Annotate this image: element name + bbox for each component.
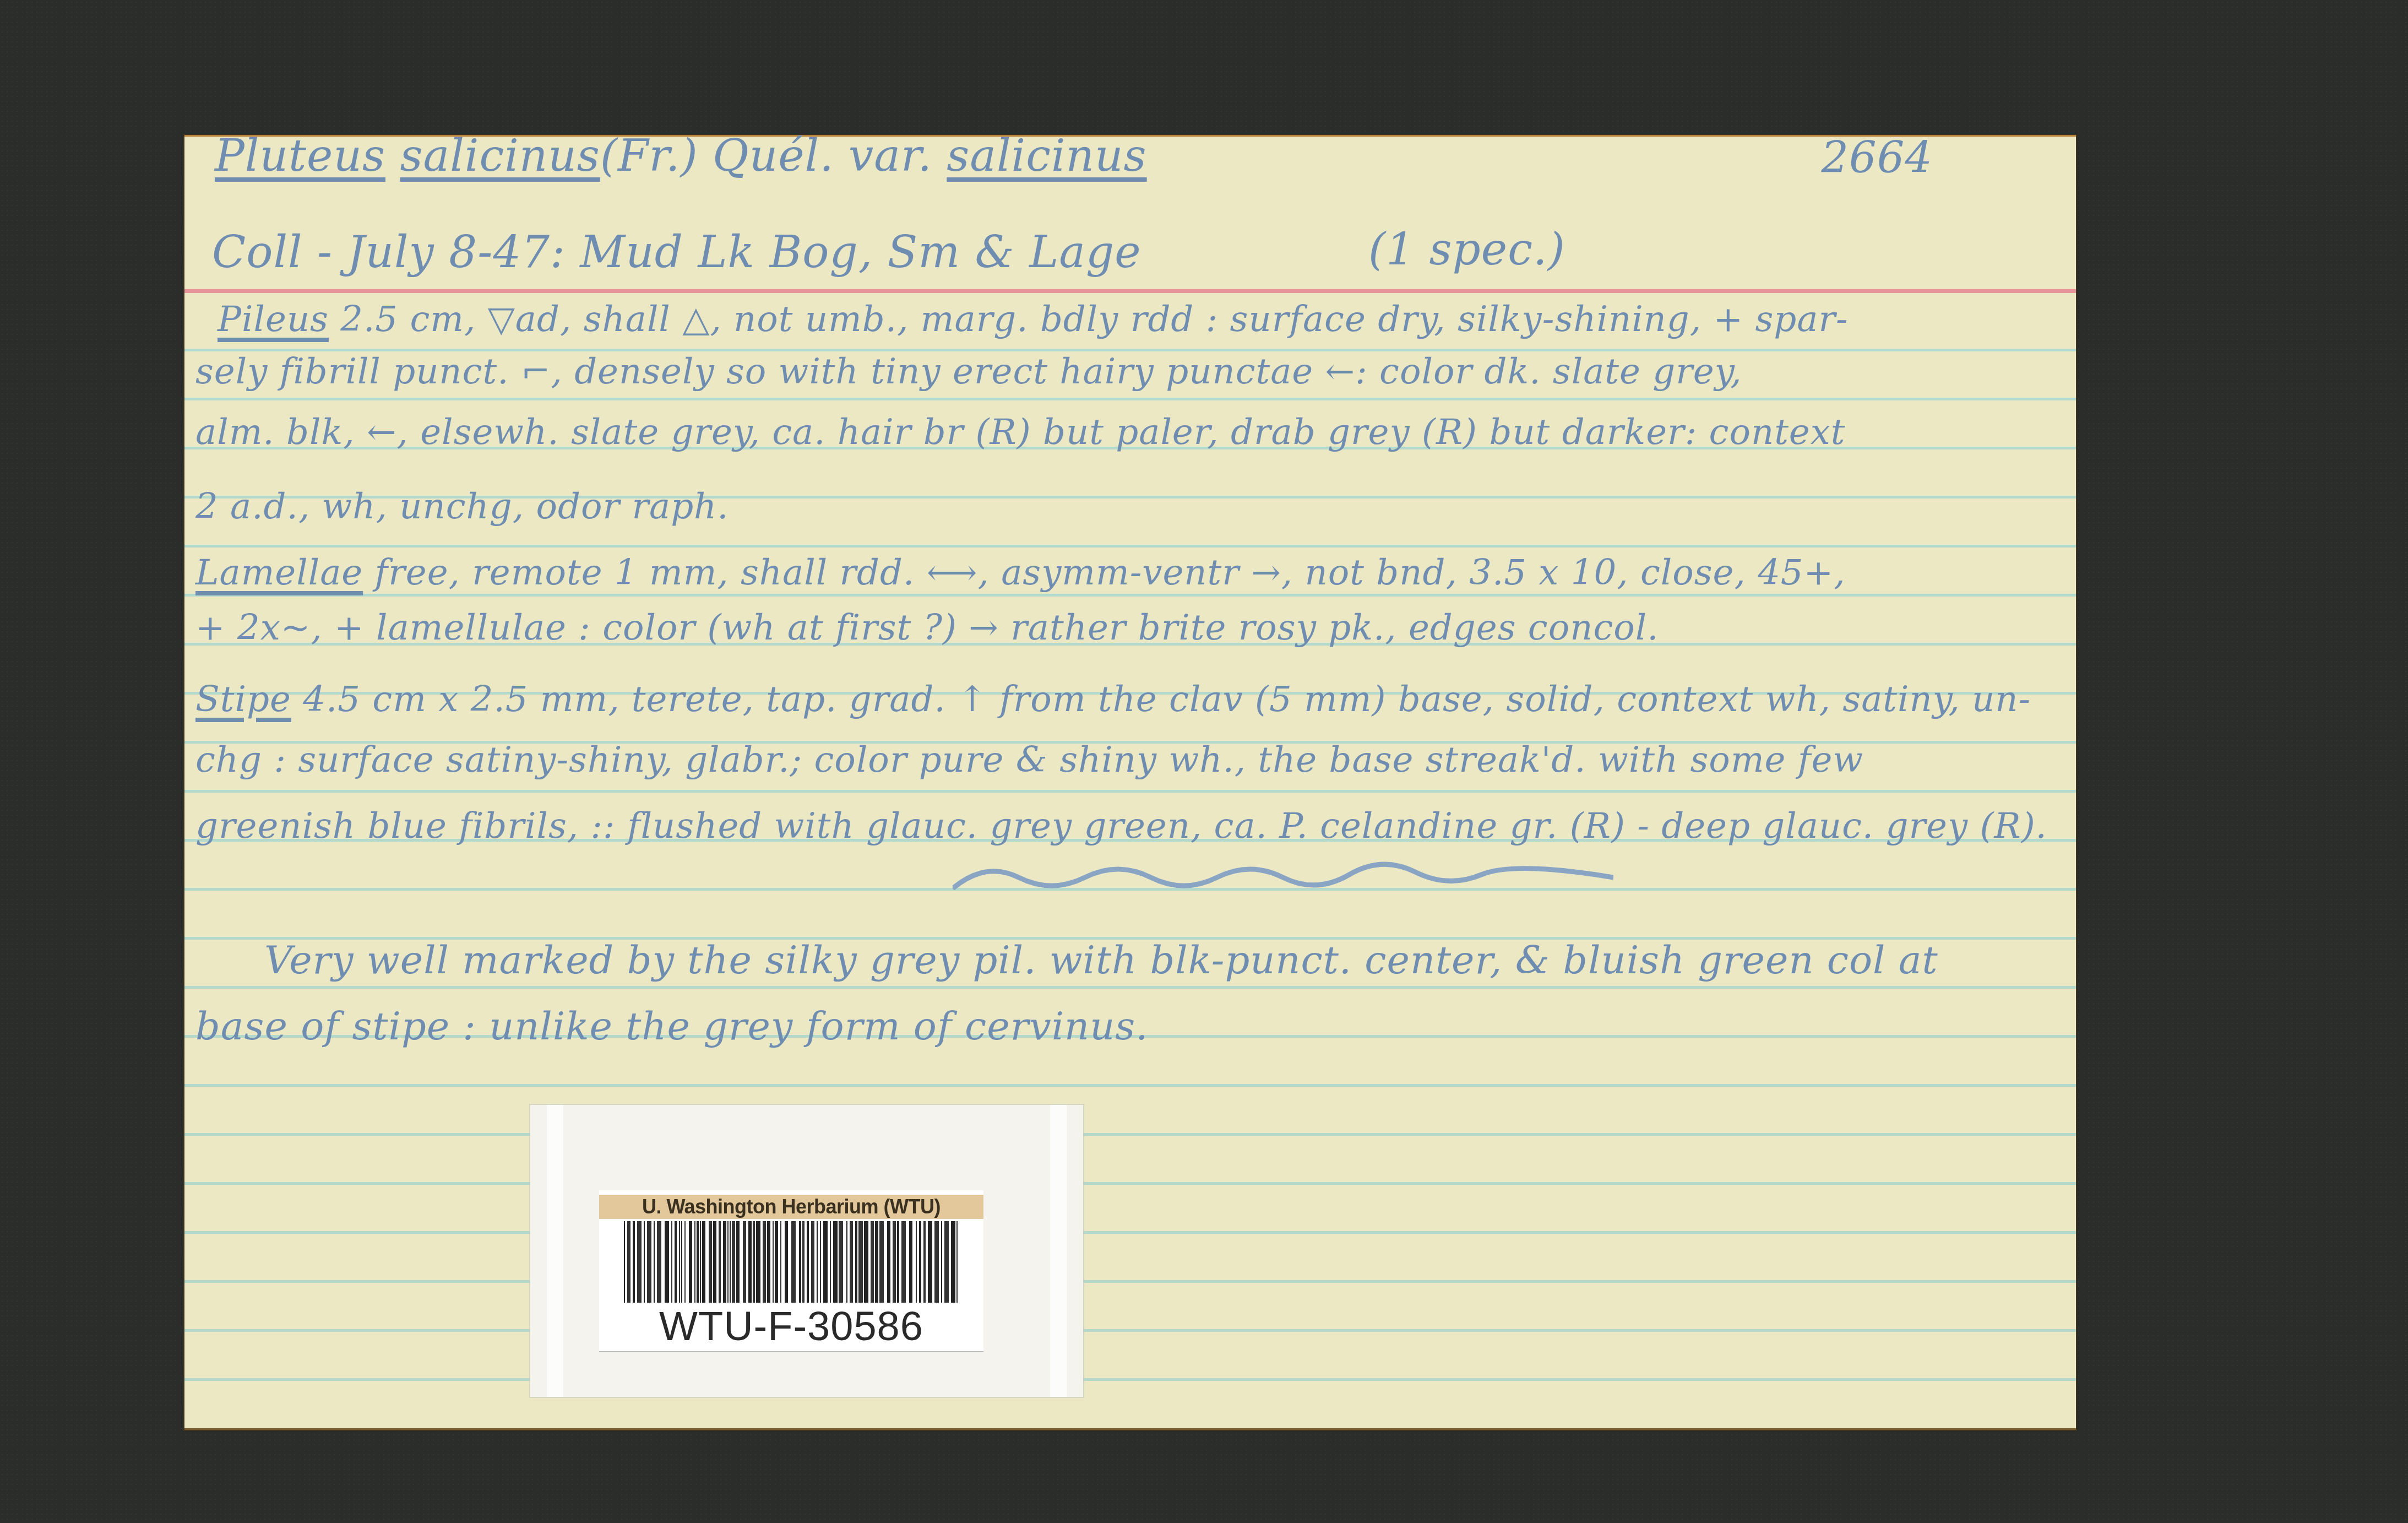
wavy-underline bbox=[953, 861, 1613, 894]
blue-rule bbox=[184, 1280, 2076, 1283]
stipe-line-3: greenish blue fibrils, :: flushed with g… bbox=[195, 809, 2047, 844]
blue-rule bbox=[184, 1329, 2076, 1332]
herbarium-index-card: Pluteus salicinus(Fr.) Quél. var. salici… bbox=[184, 135, 2076, 1430]
blue-rule bbox=[184, 790, 2076, 793]
institution-name: U. Washington Herbarium (WTU) bbox=[599, 1195, 983, 1219]
specimen-count: (1 spec.) bbox=[1368, 227, 1566, 272]
lamellae-line-1: Lamellae free, remote 1 mm, shall rdd. ⟷… bbox=[195, 555, 1846, 590]
blue-rule bbox=[184, 1378, 2076, 1381]
lamellae-line-2: + 2x~, + lamellulae : color (wh at first… bbox=[195, 610, 1659, 646]
pileus-line-3: alm. blk, ←, elsewh. slate grey, ca. hai… bbox=[195, 415, 1846, 450]
specimen-id: WTU-F-30586 bbox=[599, 1304, 983, 1348]
blue-rule bbox=[184, 545, 2076, 548]
blue-rule bbox=[184, 398, 2076, 400]
collection-info: Coll - July 8-47: Mud Lk Bog, Sm & Lage bbox=[212, 230, 1142, 274]
blue-rule bbox=[184, 986, 2076, 989]
stipe-line-1: Stipe 4.5 cm x 2.5 mm, terete, tap. grad… bbox=[195, 682, 2031, 717]
tape-strip bbox=[547, 1105, 563, 1397]
pileus-line-4: 2 a.d., wh, unchg, odor raph. bbox=[195, 489, 729, 524]
blue-rule bbox=[184, 1133, 2076, 1136]
tape-strip bbox=[1050, 1105, 1067, 1397]
authority: (Fr.) Quél. bbox=[600, 130, 834, 181]
lamellae-heading: Lamellae bbox=[195, 552, 363, 593]
label-backing: U. Washington Herbarium (WTU) WTU-F-3058… bbox=[530, 1105, 1083, 1397]
blue-rule bbox=[184, 1182, 2076, 1185]
red-header-rule bbox=[184, 289, 2076, 293]
species: salicinus bbox=[400, 130, 600, 181]
variety: salicinus bbox=[947, 130, 1146, 181]
note-line-1: Very well marked by the silky grey pil. … bbox=[264, 941, 1938, 979]
blue-rule bbox=[184, 594, 2076, 597]
pileus-line-2: sely fibrill punct. ⌐, densely so with t… bbox=[195, 354, 1742, 389]
pileus-heading: Pileus bbox=[218, 299, 329, 340]
note-line-2: base of stipe : unlike the grey form of … bbox=[195, 1007, 1148, 1045]
catalog-number: 2664 bbox=[1821, 137, 1933, 180]
genus: Pluteus bbox=[215, 130, 385, 181]
barcode-icon bbox=[624, 1221, 961, 1303]
stipe-line-2: chg : surface satiny-shiny, glabr.; colo… bbox=[195, 742, 1863, 778]
taxon-name: Pluteus salicinus(Fr.) Quél. var. salici… bbox=[215, 134, 1147, 178]
variety-prefix: var. bbox=[849, 130, 932, 181]
blue-rule bbox=[184, 1231, 2076, 1234]
stipe-heading: Stipe bbox=[195, 679, 291, 720]
barcode-label: U. Washington Herbarium (WTU) WTU-F-3058… bbox=[599, 1190, 983, 1351]
pileus-line-1: Pileus 2.5 cm, ▽ad, shall △, not umb., m… bbox=[218, 302, 1849, 337]
blue-rule bbox=[184, 1084, 2076, 1087]
